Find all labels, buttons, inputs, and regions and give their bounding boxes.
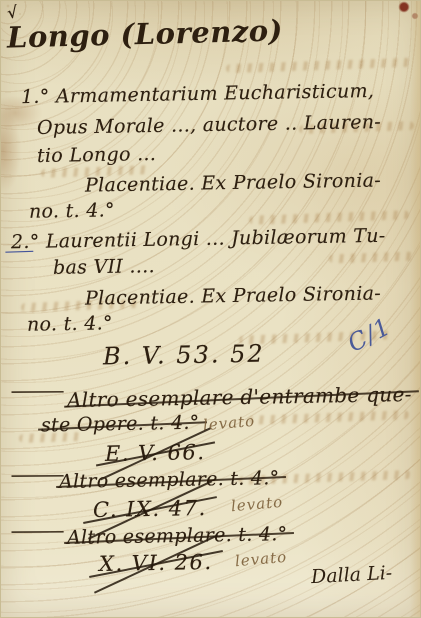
blue-ink-shelf-note: C/1 (343, 312, 396, 358)
entry-heading: Longo (Lorenzo) (7, 13, 284, 54)
shelfmark-current: B. V. 53. 52 (103, 340, 265, 371)
levato-note: levato (234, 548, 288, 570)
page-edge-shadow (410, 1, 420, 617)
struck-shelfmark-1: E. V. 66. (105, 440, 206, 466)
struck-shelfmark-2: C. IX. 47. (93, 496, 207, 522)
catalog-line-item2-title: 2.° Laurentii Longi ... Jubilæorum Tu- (11, 225, 386, 254)
margin-dash: — (8, 379, 66, 404)
catalog-line-item1-title: 1.° Armamentarium Eucharisticum, (21, 80, 375, 108)
catchword: Dalla Li- (310, 562, 392, 588)
levato-note: levato (230, 493, 284, 515)
margin-dash: — (8, 519, 66, 544)
struck-note-other-copy-3: Altro esemplare. t. 4.° (67, 523, 288, 549)
catalog-line-item1-author: Opus Morale ..., auctore .. Lauren- (37, 111, 381, 139)
bleed-through-mark (226, 58, 411, 73)
struck-shelfmark-3: X. VI. 26. (99, 550, 213, 576)
catalog-line-item2-format: no. t. 4.° (27, 312, 113, 335)
catalog-line-item2-imprint: Placentiae. Ex Praelo Sironia- (85, 282, 381, 309)
catalog-line-item1-format: no. t. 4.° (29, 199, 115, 222)
bleed-through-mark (249, 210, 409, 225)
struck-note-other-copy-2: Altro esemplare. t. 4.° (59, 467, 280, 493)
struck-note-other-copy-cont: ste Opere. t. 4.° (41, 412, 200, 437)
blue-margin-dash: — (3, 240, 35, 262)
catalog-line-item1-author-cont: tio Longo ... (37, 143, 157, 167)
catalog-line-item2-title-cont: bas VII .... (53, 255, 155, 279)
catalog-line-item1-imprint: Placentiae. Ex Praelo Sironia- (85, 169, 381, 196)
bleed-through-mark (249, 410, 409, 425)
bleed-through-mark (329, 252, 413, 264)
struck-note-other-copy: Altro esemplare d'entrambe que- (67, 382, 412, 412)
manuscript-page: √ Longo (Lorenzo) 1.° Armamentarium Euch… (0, 0, 421, 618)
levato-note: levato (202, 412, 256, 434)
